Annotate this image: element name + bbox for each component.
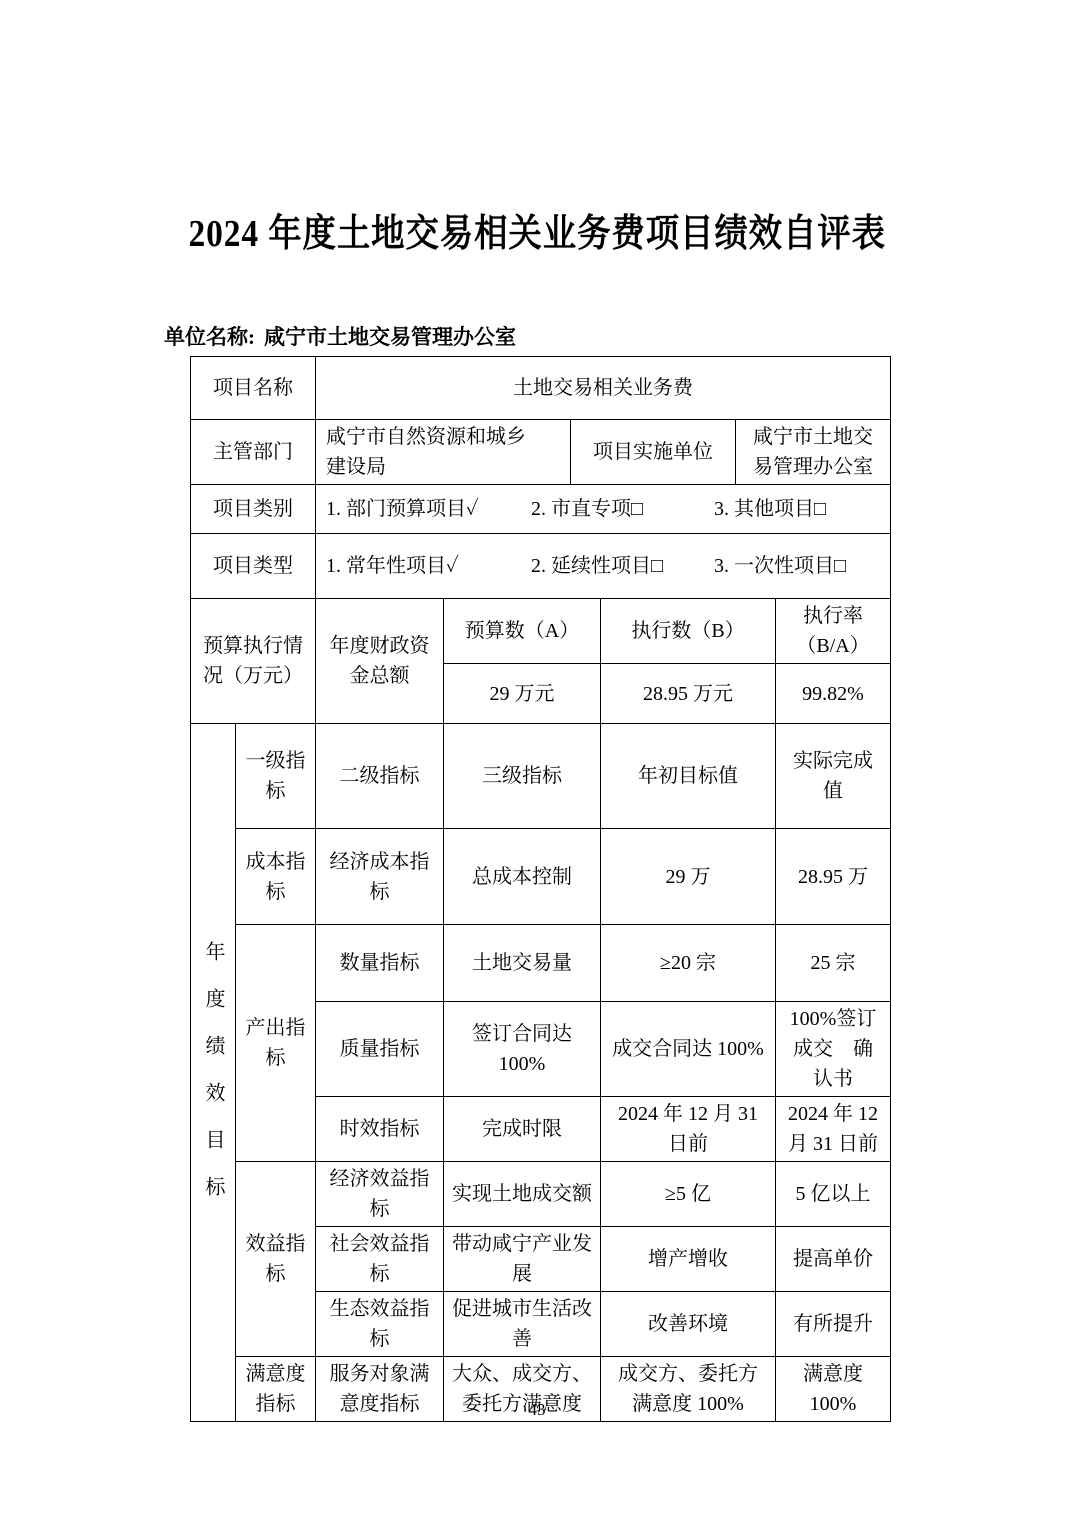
quantity-level2-cell: 数量指标 [316,925,444,1002]
project-name-value-cell: 土地交易相关业务费 [316,357,891,420]
cost-row: 成本指标 经济成本指标 总成本控制 29 万 28.95 万 [191,829,891,925]
budget-total-label-cell: 年度财政资金总额 [316,599,444,724]
impl-label-cell: 项目实施单位 [571,420,736,485]
time-target-cell: 2024 年 12 月 31 日前 [601,1097,776,1162]
perf-header-target-cell: 年初目标值 [601,724,776,829]
perf-section-label-cell: 年度绩效目标 [191,724,236,1422]
budget-value-rate-cell: 99.82% [776,664,891,724]
dept-value-cell: 咸宁市自然资源和城乡建设局 [316,420,571,485]
cost-level2-cell: 经济成本指标 [316,829,444,925]
budget-section-label-cell: 预算执行情况（万元） [191,599,316,724]
doc-title-wrap: 2024 年度土地交易相关业务费项目绩效自评表 [0,202,1074,257]
info-table: 项目名称 土地交易相关业务费 主管部门 咸宁市自然资源和城乡建设局 项目实施单位… [190,356,891,599]
category-options-cell: 1. 部门预算项目✓2. 市直专项□3. 其他项目□ [316,485,891,534]
time-level3-cell: 完成时限 [444,1097,601,1162]
benefit-economic-level2-cell: 经济效益指标 [316,1162,444,1227]
budget-header-a-cell: 预算数（A） [444,599,601,664]
budget-header-rate-cell: 执行率（B/A） [776,599,891,664]
benefit-eco-level2-cell: 生态效益指标 [316,1292,444,1357]
dept-label-cell: 主管部门 [191,420,316,485]
quality-actual-cell: 100%签订成交 确认书 [776,1002,891,1097]
benefit-social-target-cell: 增产增收 [601,1227,776,1292]
project-name-row: 项目名称 土地交易相关业务费 [191,357,891,420]
performance-table: 年度绩效目标 一级指标 二级指标 三级指标 年初目标值 实际完成值 成本指标 经… [190,723,891,1422]
impl-value-cell: 咸宁市土地交易管理办公室 [736,420,891,485]
category-option-2: 2. 市直专项□ [531,494,714,524]
benefit-eco-level3-cell: 促进城市生活改善 [444,1292,601,1357]
unit-name-line: 单位名称:咸宁市土地交易管理办公室 [164,321,516,351]
perf-header-level1-cell: 一级指标 [236,724,316,829]
type-option-3: 3. 一次性项目□ [714,555,846,577]
benefit-economic-row: 效益指标 经济效益指标 实现土地成交额 ≥5 亿 5 亿以上 [191,1162,891,1227]
project-name-label-cell: 项目名称 [191,357,316,420]
perf-header-level3-cell: 三级指标 [444,724,601,829]
benefit-economic-target-cell: ≥5 亿 [601,1162,776,1227]
evaluation-table: 项目名称 土地交易相关业务费 主管部门 咸宁市自然资源和城乡建设局 项目实施单位… [190,356,892,1422]
perf-header-row: 年度绩效目标 一级指标 二级指标 三级指标 年初目标值 实际完成值 [191,724,891,829]
quality-level3-cell: 签订合同达 100% [444,1002,601,1097]
benefit-social-level3-cell: 带动咸宁产业发展 [444,1227,601,1292]
cost-level3-cell: 总成本控制 [444,829,601,925]
dept-row: 主管部门 咸宁市自然资源和城乡建设局 项目实施单位 咸宁市土地交易管理办公室 [191,420,891,485]
type-option-2: 2. 延续性项目□ [531,551,714,581]
budget-header-b-cell: 执行数（B） [601,599,776,664]
output-level1-cell: 产出指标 [236,925,316,1162]
benefit-level1-cell: 效益指标 [236,1162,316,1357]
benefit-economic-actual-cell: 5 亿以上 [776,1162,891,1227]
quantity-level3-cell: 土地交易量 [444,925,601,1002]
quantity-target-cell: ≥20 宗 [601,925,776,1002]
type-row: 项目类型 1. 常年性项目✓2. 延续性项目□3. 一次性项目□ [191,534,891,599]
cost-actual-cell: 28.95 万 [776,829,891,925]
page-number: 43 [0,1400,1074,1420]
perf-header-level2-cell: 二级指标 [316,724,444,829]
page-root: 2024 年度土地交易相关业务费项目绩效自评表 单位名称:咸宁市土地交易管理办公… [0,0,1074,1520]
type-label-cell: 项目类型 [191,534,316,599]
benefit-economic-level3-cell: 实现土地成交额 [444,1162,601,1227]
budget-value-b-cell: 28.95 万元 [601,664,776,724]
cost-level1-cell: 成本指标 [236,829,316,925]
benefit-social-actual-cell: 提高单价 [776,1227,891,1292]
type-option-1: 1. 常年性项目✓ [326,551,531,581]
category-option-3: 3. 其他项目□ [714,498,826,520]
time-actual-cell: 2024 年 12 月 31 日前 [776,1097,891,1162]
perf-section-label: 年度绩效目标 [198,941,228,1223]
output-quantity-row: 产出指标 数量指标 土地交易量 ≥20 宗 25 宗 [191,925,891,1002]
category-option-1: 1. 部门预算项目✓ [326,494,531,524]
time-level2-cell: 时效指标 [316,1097,444,1162]
category-row: 项目类别 1. 部门预算项目✓2. 市直专项□3. 其他项目□ [191,485,891,534]
doc-title: 2024 年度土地交易相关业务费项目绩效自评表 [188,202,885,257]
quality-target-cell: 成交合同达 100% [601,1002,776,1097]
type-options-cell: 1. 常年性项目✓2. 延续性项目□3. 一次性项目□ [316,534,891,599]
quality-level2-cell: 质量指标 [316,1002,444,1097]
benefit-eco-target-cell: 改善环境 [601,1292,776,1357]
perf-header-actual-cell: 实际完成值 [776,724,891,829]
benefit-eco-actual-cell: 有所提升 [776,1292,891,1357]
cost-target-cell: 29 万 [601,829,776,925]
unit-name: 咸宁市土地交易管理办公室 [264,325,516,349]
benefit-social-level2-cell: 社会效益指标 [316,1227,444,1292]
budget-value-a-cell: 29 万元 [444,664,601,724]
budget-header-row: 预算执行情况（万元） 年度财政资金总额 预算数（A） 执行数（B） 执行率（B/… [191,599,891,664]
budget-table: 预算执行情况（万元） 年度财政资金总额 预算数（A） 执行数（B） 执行率（B/… [190,598,891,724]
category-label-cell: 项目类别 [191,485,316,534]
unit-label: 单位名称: [164,325,255,349]
quantity-actual-cell: 25 宗 [776,925,891,1002]
